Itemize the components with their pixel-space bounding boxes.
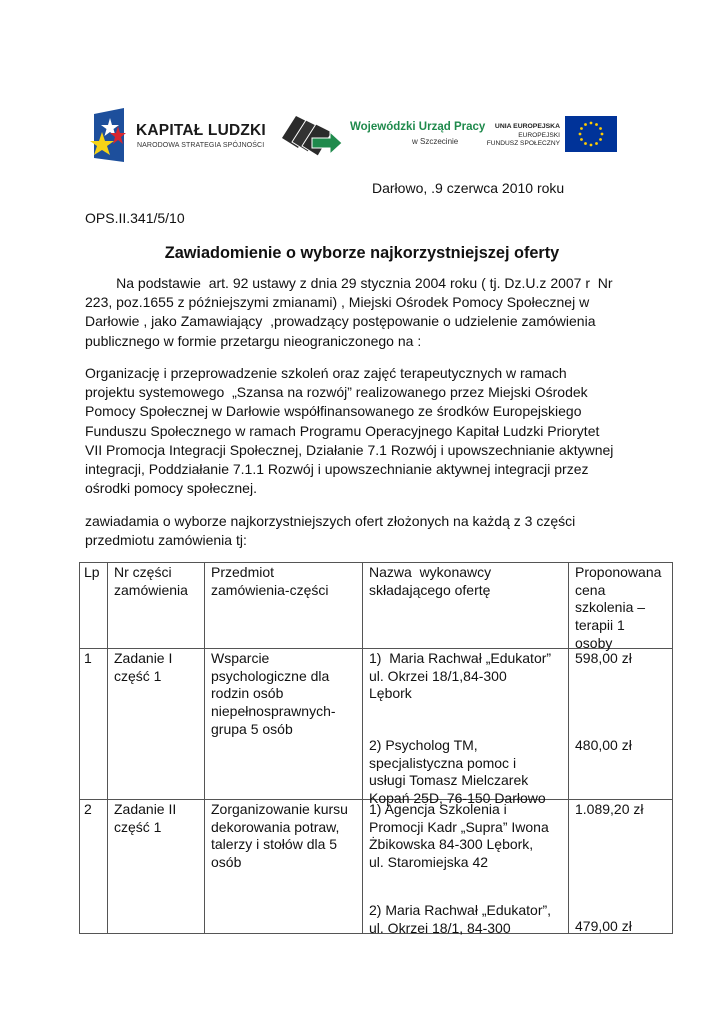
kapital-ludzki-subtitle: NARODOWA STRATEGIA SPÓJNOŚCI	[137, 142, 264, 149]
header-part-number: Nr częścizamówienia	[114, 564, 188, 599]
wup-logo: Wojewódzki Urząd Pracy w Szczecinie	[282, 110, 482, 156]
wup-title: Wojewódzki Urząd Pracy	[350, 121, 485, 133]
header-price: Proponowanacenaszkolenia –terapii 1osoby	[575, 564, 661, 653]
paragraph-project-description-line: Funduszu Społecznego w ramach Programu O…	[85, 422, 685, 441]
offers-table: LpNr częścizamówieniaPrzedmiotzamówienia…	[79, 562, 673, 934]
cell-lp: 1	[84, 650, 92, 668]
cell-subject: Wsparciepsychologiczne dlarodzin osóbnie…	[211, 650, 336, 739]
paragraph-notification-line: przedmiotu zamówienia tj:	[85, 531, 685, 550]
paragraph-project-description-line: projektu systemowego „Szansa na rozwój” …	[85, 383, 685, 402]
cell-contractor: 2) Maria Rachwał „Edukator”,ul. Okrzei 1…	[369, 902, 551, 937]
paragraph-project-description-line: Pomocy Społecznej w Darłowie współfinans…	[85, 402, 685, 421]
eu-flag-icon	[565, 116, 617, 152]
wup-subtitle: w Szczecinie	[412, 137, 458, 146]
cell-price: 480,00 zł	[575, 737, 632, 755]
eu-line2: EUROPEJSKI	[518, 132, 560, 139]
reference-number: OPS.II.341/5/10	[85, 210, 185, 226]
cell-contractor: 1) Agencja Szkolenia iPromocji Kadr „Sup…	[369, 801, 549, 872]
paragraph-project-description: Organizację i przeprowadzenie szkoleń or…	[85, 364, 685, 498]
header-lp: Lp	[84, 564, 100, 582]
paragraph-project-description-line: integracji, Poddziałanie 7.1.1 Rozwój i …	[85, 460, 685, 479]
cell-part-number: Zadanie Iczęść 1	[114, 650, 172, 685]
header-subject: Przedmiotzamówienia-części	[211, 564, 328, 599]
paragraph-notification-line: zawiadamia o wyborze najkorzystniejszych…	[85, 512, 685, 531]
paragraph-legal-basis-line: Darłowie , jako Zamawiający ,prowadzący …	[85, 312, 685, 331]
cell-contractor: 1) Maria Rachwał „Edukator”ul. Okrzei 18…	[369, 650, 551, 703]
document-title: Zawiadomienie o wyborze najkorzystniejsz…	[0, 244, 724, 263]
paragraph-legal-basis: Na podstawie art. 92 ustawy z dnia 29 st…	[85, 274, 685, 351]
header-contractor: Nazwa wykonawcyskładającego ofertę	[369, 564, 491, 599]
paragraph-legal-basis-line: publicznego w formie przetargu nieograni…	[85, 332, 685, 351]
cards-arrow-icon	[282, 112, 344, 156]
eu-text: UNIA EUROPEJSKA EUROPEJSKI FUNDUSZ SPOŁE…	[486, 123, 560, 149]
paragraph-legal-basis-line: Na podstawie art. 92 ustawy z dnia 29 st…	[85, 274, 685, 293]
paragraph-project-description-line: ośrodki pomocy społecznej.	[85, 479, 685, 498]
cell-lp: 2	[84, 801, 92, 819]
eu-line3: FUNDUSZ SPOŁECZNY	[487, 140, 560, 147]
paragraph-project-description-line: VII Promocja Integracji Społecznej, Dzia…	[85, 441, 685, 460]
cell-part-number: Zadanie IIczęść 1	[114, 801, 176, 836]
document-page: KAPITAŁ LUDZKI NARODOWA STRATEGIA SPÓJNO…	[0, 0, 724, 1024]
cell-subject: Zorganizowanie kursudekorowania potraw,t…	[211, 801, 348, 872]
cell-price: 479,00 zł	[575, 918, 632, 936]
eu-efs-logo: UNIA EUROPEJSKA EUROPEJSKI FUNDUSZ SPOŁE…	[486, 114, 621, 156]
eu-line1: UNIA EUROPEJSKA	[495, 123, 560, 130]
kapital-ludzki-stars-icon	[90, 108, 126, 162]
cell-contractor: 2) Psycholog TM,specjalistyczna pomoc iu…	[369, 737, 546, 808]
cell-price: 1.089,20 zł	[575, 801, 644, 819]
kapital-ludzki-title: KAPITAŁ LUDZKI	[136, 122, 266, 140]
paragraph-legal-basis-line: 223, poz.1655 z późniejszymi zmianami) ,…	[85, 293, 685, 312]
paragraph-project-description-line: Organizację i przeprowadzenie szkoleń or…	[85, 364, 685, 383]
cell-price: 598,00 zł	[575, 650, 632, 668]
date-line: Darłowo, .9 czerwca 2010 roku	[372, 180, 564, 196]
paragraph-notification: zawiadamia o wyborze najkorzystniejszych…	[85, 512, 685, 550]
kapital-ludzki-logo: KAPITAŁ LUDZKI NARODOWA STRATEGIA SPÓJNO…	[84, 104, 274, 164]
